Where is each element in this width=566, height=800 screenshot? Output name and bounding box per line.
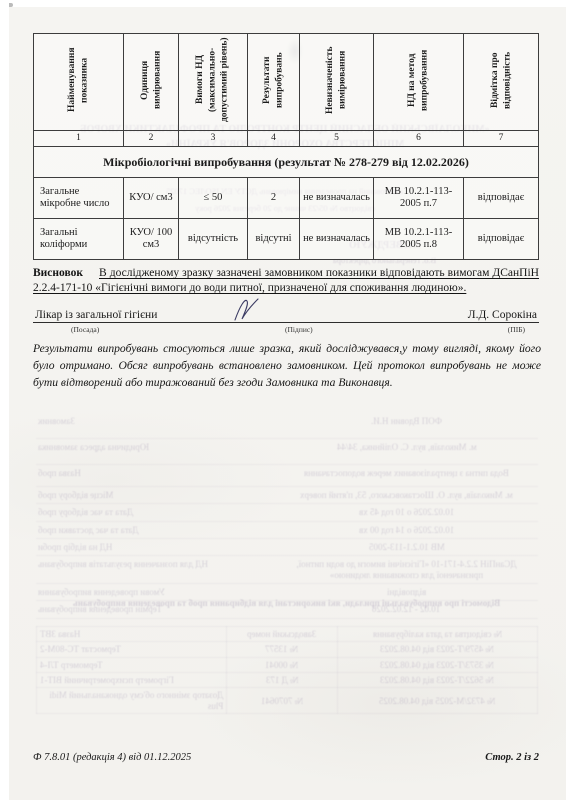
cell-conformity: відповідає xyxy=(464,178,539,219)
cell-uncertainty: не визначалась xyxy=(300,219,374,260)
sign-caption: (Підпис) xyxy=(285,325,313,334)
column-number: 6 xyxy=(374,131,464,147)
header-label: Одиниця вимірювання xyxy=(139,35,164,125)
table-header-row: Найменування показника Одиниця вимірюван… xyxy=(34,34,539,131)
signature-line: Лікар із загальної гігієни Л.Д. Сорокіна xyxy=(33,303,539,323)
column-number: 7 xyxy=(464,131,539,147)
table-row: Загальне мікробне число КУО/ см3 ≤ 50 2 … xyxy=(34,178,539,219)
disclaimer-paragraph: Результати випробувань стосуються лише з… xyxy=(33,341,541,391)
name-caption: (ПІБ) xyxy=(508,325,525,334)
results-table: Найменування показника Одиниця вимірюван… xyxy=(33,33,539,260)
cell-unit: КУО/ 100 см3 xyxy=(124,219,179,260)
column-number: 2 xyxy=(124,131,179,147)
header-cell-parameter: Найменування показника xyxy=(34,34,124,131)
header-cell-uncertainty: Невизначеність вимірювання xyxy=(300,34,374,131)
conclusion-label: Висновок xyxy=(33,267,99,279)
header-cell-requirement: Вимоги НД (максимально-допустимий рівень… xyxy=(179,34,248,131)
cell-uncertainty: не визначалась xyxy=(300,178,374,219)
column-number: 1 xyxy=(34,131,124,147)
cell-conformity: відповідає xyxy=(464,219,539,260)
bleedthrough-devices-table: Назва ЗВТ Заводський номер № свідоцтва т… xyxy=(36,626,538,714)
section-header-row: Мікробіологічні випробування (результат … xyxy=(34,147,539,178)
cell-parameter: Загальне мікробне число xyxy=(34,178,124,219)
header-label: Результати випробувань xyxy=(261,35,286,125)
header-label: Вимоги НД (максимально-допустимий рівень… xyxy=(194,35,231,125)
header-cell-conformity: Відмітка про відповідність xyxy=(464,34,539,131)
cell-parameter: Загальні коліформи xyxy=(34,219,124,260)
cell-requirement: відсутність xyxy=(179,219,248,260)
header-label: Відмітка про відповідність xyxy=(489,35,514,125)
column-number: 4 xyxy=(248,131,300,147)
bleedthrough-devices-note: Відомості про випробувальні прилади, які… xyxy=(36,598,538,610)
page-number: Стор. 2 із 2 xyxy=(485,752,539,763)
signer-position: Лікар із загальної гігієни xyxy=(35,309,157,321)
header-label: Найменування показника xyxy=(66,35,91,125)
position-caption: (Посада) xyxy=(71,325,99,334)
form-code: Ф 7.8.01 (редакція 4) від 01.12.2025 xyxy=(33,752,191,763)
section-title: Мікробіологічні випробування (результат … xyxy=(34,147,539,178)
signature-captions: (Посада) (Підпис) (ПІБ) xyxy=(33,325,539,335)
cell-method: МВ 10.2.1-113-2005 п.7 xyxy=(374,178,464,219)
cell-method: МВ 10.2.1-113-2005 п.8 xyxy=(374,219,464,260)
cell-result: відсутні xyxy=(248,219,300,260)
column-number: 3 xyxy=(179,131,248,147)
header-cell-result: Результати випробувань xyxy=(248,34,300,131)
column-number-row: 1 2 3 4 5 6 7 xyxy=(34,131,539,147)
signer-name: Л.Д. Сорокіна xyxy=(468,309,537,321)
handwritten-signature xyxy=(231,296,261,322)
cell-unit: КУО/ см3 xyxy=(124,178,179,219)
bleedthrough-info-table: ЗамовникФОП Вдовин Н.И. Юридична адреса … xyxy=(36,413,538,619)
header-label: Невизначеність вимірювання xyxy=(324,35,349,125)
cell-result: 2 xyxy=(248,178,300,219)
scan-artifact xyxy=(6,3,13,7)
conclusion-paragraph: ВисновокВ дослідженому зразку зазначені … xyxy=(33,266,539,296)
scanned-protocol-page: «МИКОЛАЇВСЬКИЙ ОБЛАСНИЙ ЦЕНТР КОНТРОЛЮ Т… xyxy=(0,0,566,800)
column-number: 5 xyxy=(300,131,374,147)
table-row: Загальні коліформи КУО/ 100 см3 відсутні… xyxy=(34,219,539,260)
header-cell-method: НД на метод випробування xyxy=(374,34,464,131)
header-cell-unit: Одиниця вимірювання xyxy=(124,34,179,131)
header-label: НД на метод випробування xyxy=(406,35,431,125)
conclusion-text: В дослідженому зразку зазначені замовник… xyxy=(33,267,539,294)
page-footer: Ф 7.8.01 (редакція 4) від 01.12.2025 Сто… xyxy=(33,752,539,763)
cell-requirement: ≤ 50 xyxy=(179,178,248,219)
